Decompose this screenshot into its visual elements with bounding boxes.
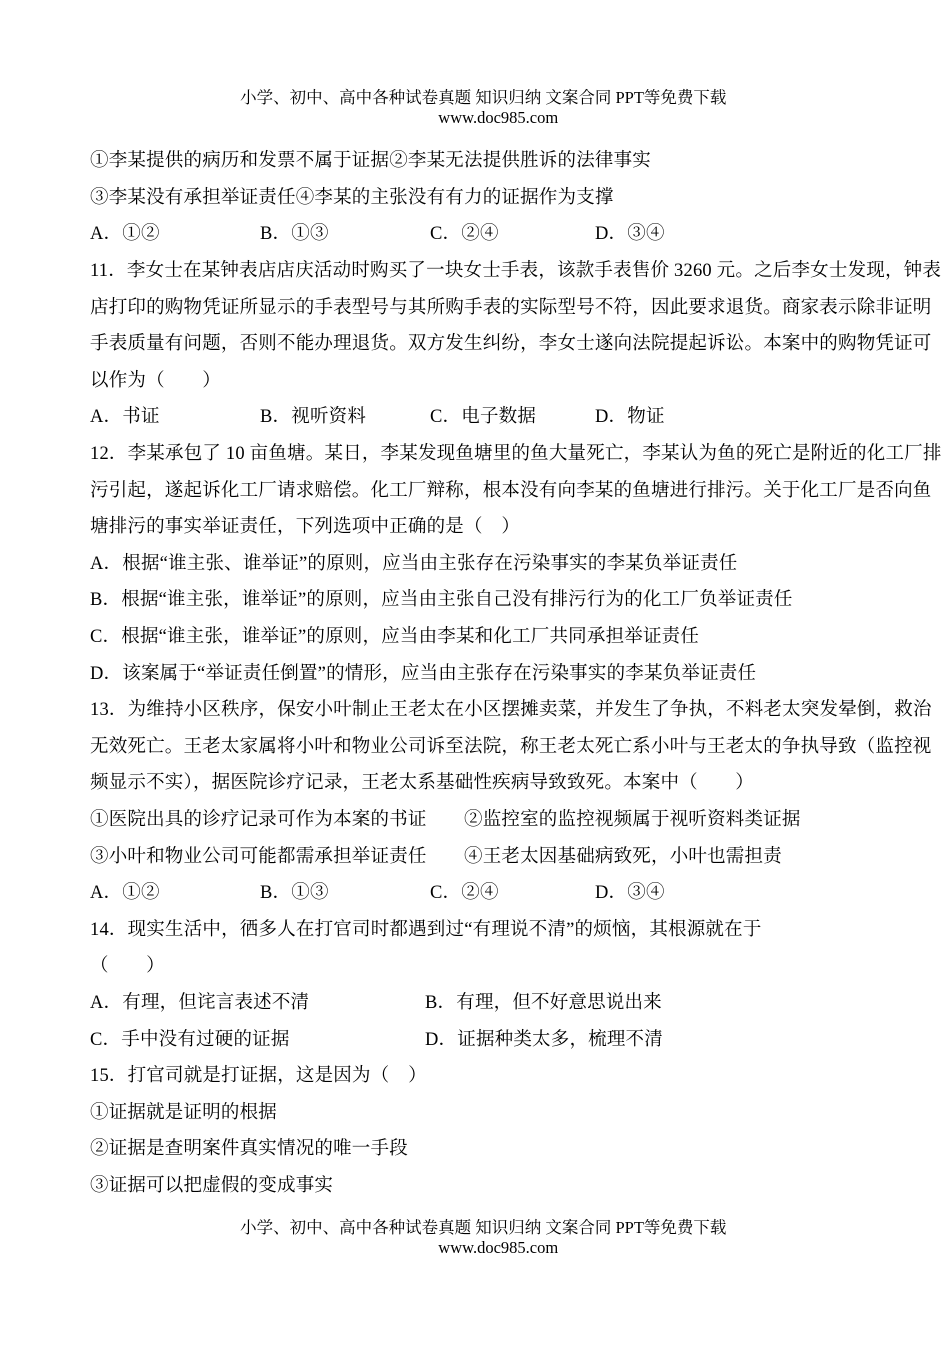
q12-option-d: D．该案属于“举证责任倒置”的情形，应当由主张存在污染事实的李某负举证责任: [90, 653, 868, 690]
q12-option-a: A．根据“谁主张、谁举证”的原则，应当由主张存在污染事实的李某负举证责任: [90, 544, 868, 581]
q13-option-b: B．①③: [260, 878, 430, 904]
q13-stem-line-3: 频显示不实），据医院诊疗记录，王老太系基础性疾病导致致死。本案中（ ）: [90, 763, 868, 800]
q10-options-row: A．①② B．①③ C．②④ D．③④: [90, 214, 868, 251]
q11-option-b: B．视听资料: [260, 402, 430, 428]
header-banner: 小学、初中、高中各种试卷真题 知识归纳 文案合同 PPT等免费下载 www.do…: [0, 64, 950, 148]
q11-stem-line-4: 以作为（ ）: [90, 361, 868, 398]
q15-stem-line-1: 15．打官司就是打证据，这是因为（ ）: [90, 1056, 868, 1093]
q14-option-c: C．手中没有过硬的证据: [90, 1025, 425, 1051]
q14-stem-line-2: （ ）: [90, 946, 868, 983]
q15-item-line-1: ①证据就是证明的根据: [90, 1092, 868, 1129]
q15-item-line-2: ②证据是查明案件真实情况的唯一手段: [90, 1129, 868, 1166]
q10-option-a: A．①②: [90, 219, 260, 245]
footer-promo-text: 小学、初中、高中各种试卷真题 知识归纳 文案合同 PPT等免费下载: [240, 1218, 726, 1237]
q14-options-row-2: C．手中没有过硬的证据 D．证据种类太多，梳理不清: [90, 1019, 868, 1056]
q14-option-a: A．有理，但诧言表述不清: [90, 988, 425, 1014]
document-body: ①李某提供的病历和发票不属于证据②李某无法提供胜诉的法律事实 ③李某没有承担举证…: [90, 141, 868, 1202]
q10-item-line-2: ③李某没有承担举证责任④李某的主张没有有力的证据作为支撑: [90, 178, 868, 215]
q13-options-row: A．①② B．①③ C．②④ D．③④: [90, 873, 868, 910]
q12-option-c: C．根据“谁主张，谁举证”的原则，应当由李某和化工厂共同承担举证责任: [90, 617, 868, 654]
q10-option-c: C．②④: [430, 219, 595, 245]
q10-option-d: D．③④: [595, 219, 665, 245]
q13-stem-line-2: 无效死亡。王老太家属将小叶和物业公司诉至法院，称王老太死亡系小叶与王老太的争执导…: [90, 727, 868, 764]
q13-option-d: D．③④: [595, 878, 665, 904]
q12-stem-line-1: 12．李某承包了 10 亩鱼塘。某日，李某发现鱼塘里的鱼大量死亡，李某认为鱼的死…: [90, 434, 868, 471]
q11-option-a: A．书证: [90, 402, 260, 428]
q11-stem-line-3: 手表质量有问题，否则不能办理退货。双方发生纠纷，李女士遂向法院提起诉讼。本案中的…: [90, 324, 868, 361]
q12-option-b: B．根据“谁主张，谁举证”的原则，应当由主张自己没有排污行为的化工厂负举证责任: [90, 580, 868, 617]
q11-stem-line-1: 11．李女士在某钟表店店庆活动时购买了一块女士手表，该款手表售价 3260 元。…: [90, 251, 868, 288]
footer-site-url: www.doc985.com: [438, 1238, 558, 1257]
q14-option-b: B．有理，但不好意思说出来: [425, 988, 662, 1014]
q14-stem-line-1: 14．现实生活中，徆多人在打官司时都遇到过“有理说不清”的烦恼，其根源就在于: [90, 909, 868, 946]
footer-banner: 小学、初中、高中各种试卷真题 知识归纳 文案合同 PPT等免费下载 www.do…: [0, 1194, 950, 1278]
q10-option-b: B．①③: [260, 219, 430, 245]
q11-option-c: C．电子数据: [430, 402, 595, 428]
q13-option-a: A．①②: [90, 878, 260, 904]
q10-item-line-1: ①李某提供的病历和发票不属于证据②李某无法提供胜诉的法律事实: [90, 141, 868, 178]
q13-option-c: C．②④: [430, 878, 595, 904]
q13-item-line-2: ③小叶和物业公司可能都需承担举证责任 ④王老太因基础病致死，小叶也需担责: [90, 836, 868, 873]
q12-stem-line-3: 塘排污的事实举证责任，下列选项中正确的是（ ）: [90, 507, 868, 544]
exam-page: 小学、初中、高中各种试卷真题 知识归纳 文案合同 PPT等免费下载 www.do…: [0, 0, 950, 1346]
header-site-url: www.doc985.com: [438, 108, 558, 127]
q11-options-row: A．书证 B．视听资料 C．电子数据 D．物证: [90, 397, 868, 434]
q14-option-d: D．证据种类太多，梳理不清: [425, 1025, 663, 1051]
q12-stem-line-2: 污引起，遂起诉化工厂请求赔偿。化工厂辩称，根本没有向李某的鱼塘进行排污。关于化工…: [90, 470, 868, 507]
q11-option-d: D．物证: [595, 402, 665, 428]
q14-options-row-1: A．有理，但诧言表述不清 B．有理，但不好意思说出来: [90, 983, 868, 1020]
q13-stem-line-1: 13．为维持小区秩序，保安小叶制止王老太在小区摆摊卖菜，并发生了争执，不料老太突…: [90, 690, 868, 727]
q11-stem-line-2: 店打印的购物凭证所显示的手表型号与其所购手表的实际型号不符，因此要求退货。商家表…: [90, 287, 868, 324]
q13-item-line-1: ①医院出具的诊疗记录可作为本案的书证 ②监控室的监控视频属于视听资料类证据: [90, 800, 868, 837]
header-promo-text: 小学、初中、高中各种试卷真题 知识归纳 文案合同 PPT等免费下载: [240, 88, 726, 107]
